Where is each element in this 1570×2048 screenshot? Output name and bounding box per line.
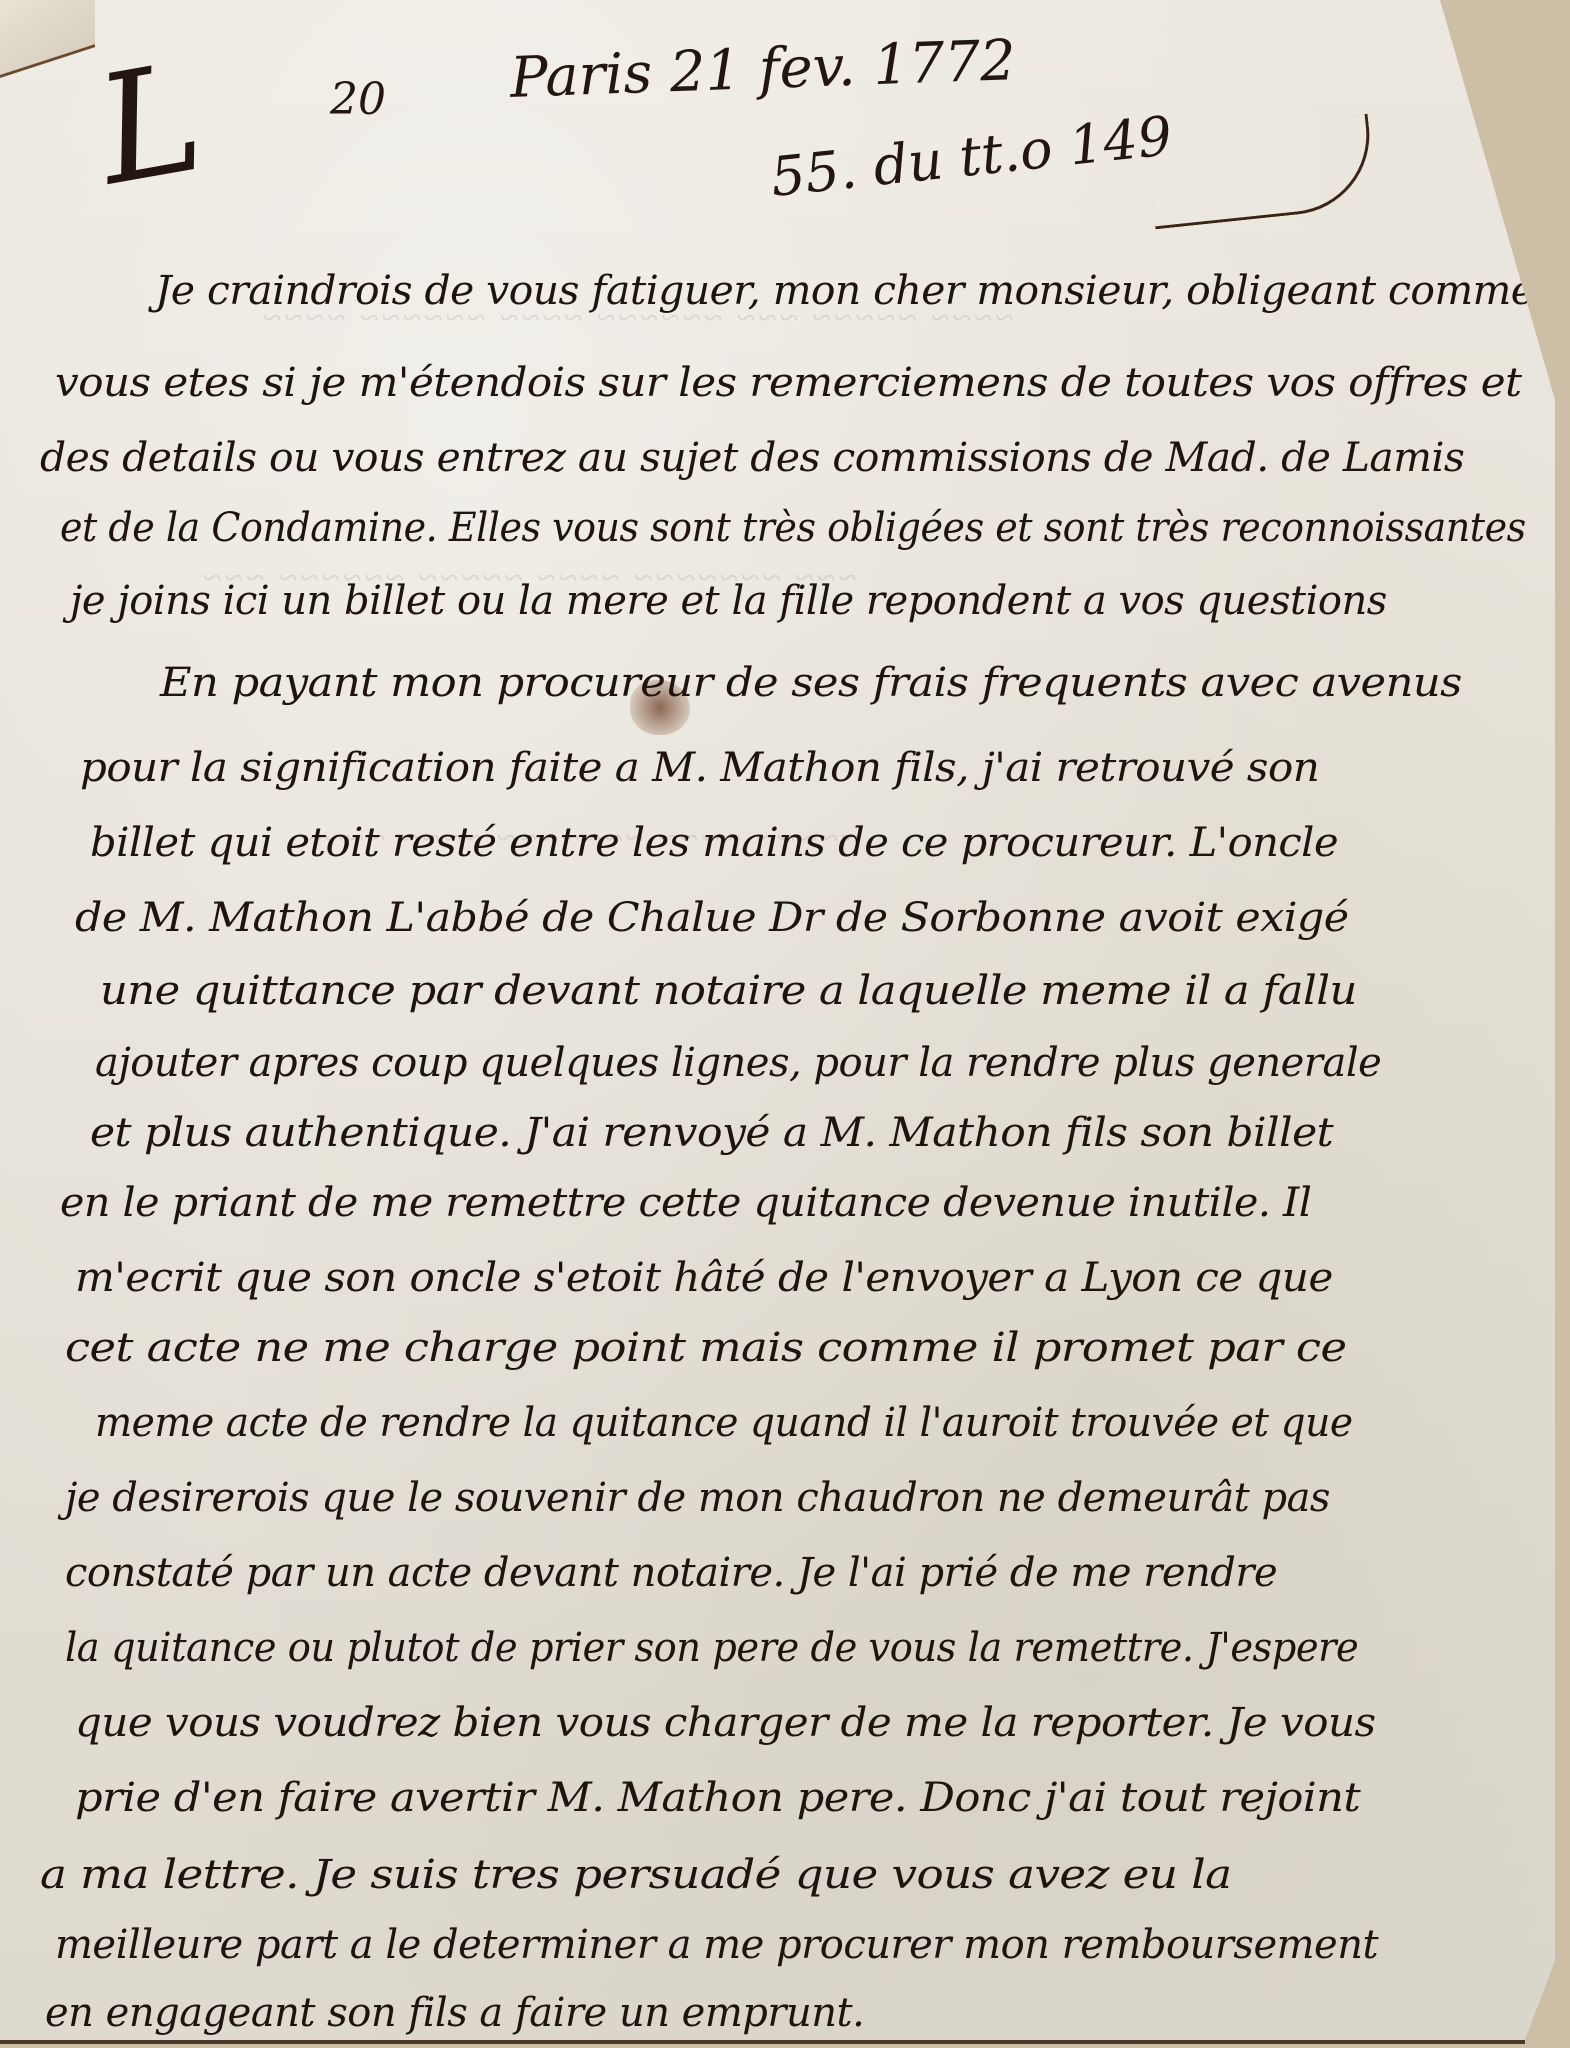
letter-line: que vous voudrez bien vous charger de me… bbox=[75, 1700, 1376, 1746]
letter-line: Je craindrois de vous fatiguer, mon cher… bbox=[155, 268, 1534, 314]
letter-line: une quittance par devant notaire a laque… bbox=[100, 968, 1357, 1014]
letter-line: la quitance ou plutot de prier son pere … bbox=[65, 1625, 1358, 1671]
paraph-flourish bbox=[1146, 114, 1377, 230]
place-date: Paris 21 fev. 1772 bbox=[509, 33, 1016, 107]
folded-corner bbox=[0, 0, 95, 78]
letter-line: constaté par un acte devant notaire. Je … bbox=[65, 1550, 1277, 1596]
letter-line: ajouter apres coup quelques lignes, pour… bbox=[95, 1040, 1381, 1086]
margin-mark: L bbox=[88, 42, 212, 207]
letter-line: en le priant de me remettre cette quitan… bbox=[60, 1180, 1311, 1226]
letter-line: vous etes si je m'étendois sur les remer… bbox=[55, 360, 1521, 406]
letter-line: des details ou vous entrez au sujet des … bbox=[40, 435, 1464, 481]
document-photo: ~~~~ ~~~~~ ~~~ ~~~~~~ ~~~~ ~~~~~~ ~~~~ ~… bbox=[0, 0, 1570, 2048]
letter-line: prie d'en faire avertir M. Mathon pere. … bbox=[75, 1775, 1360, 1821]
letter-line: en engageant son fils a faire un emprunt… bbox=[45, 1990, 864, 2036]
letter-line: et de la Condamine. Elles vous sont très… bbox=[60, 505, 1526, 551]
letter-line: m'ecrit que son oncle s'etoit hâté de l'… bbox=[75, 1255, 1333, 1301]
letter-line: je joins ici un billet ou la mere et la … bbox=[70, 578, 1387, 624]
paper-sheet: ~~~~ ~~~~~ ~~~ ~~~~~~ ~~~~ ~~~~~~ ~~~~ ~… bbox=[0, 0, 1555, 2040]
archive-reference: 55. du tt.o 149 bbox=[768, 109, 1174, 205]
letter-line: billet qui etoit resté entre les mains d… bbox=[90, 820, 1338, 866]
letter-line: et plus authentique. J'ai renvoyé a M. M… bbox=[90, 1110, 1333, 1156]
letter-line: meme acte de rendre la quitance quand il… bbox=[95, 1400, 1353, 1446]
paper-bottom-edge bbox=[0, 2040, 1525, 2044]
letter-line: je desirerois que le souvenir de mon cha… bbox=[65, 1475, 1330, 1521]
letter-line: a ma lettre. Je suis tres persuadé que v… bbox=[40, 1852, 1231, 1898]
letter-line: meilleure part a le determiner a me proc… bbox=[55, 1922, 1378, 1968]
folio-number: 20 bbox=[330, 78, 386, 122]
letter-line: En payant mon procureur de ses frais fre… bbox=[160, 660, 1462, 706]
letter-line: pour la signification faite a M. Mathon … bbox=[80, 745, 1319, 791]
letter-line: cet acte ne me charge point mais comme i… bbox=[65, 1325, 1346, 1371]
letter-line: de M. Mathon L'abbé de Chalue Dr de Sorb… bbox=[75, 895, 1349, 941]
